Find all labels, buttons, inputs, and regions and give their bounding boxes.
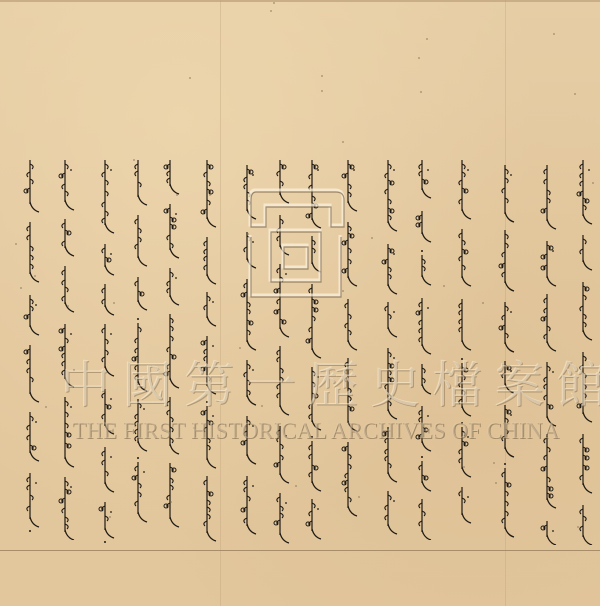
watermark-chinese-text: 中國第一歷史檔案館 bbox=[60, 355, 560, 415]
manchu-text-column bbox=[407, 160, 437, 540]
paper-speck bbox=[34, 275, 36, 277]
paper-speck bbox=[443, 285, 445, 287]
manchu-text-column bbox=[568, 160, 598, 545]
paper-speck bbox=[321, 90, 323, 92]
paper-speck bbox=[170, 501, 172, 503]
manchu-text-column bbox=[155, 160, 185, 545]
paper-speck bbox=[482, 302, 484, 304]
bottom-rule-line bbox=[0, 550, 600, 551]
paper-top-edge bbox=[0, 0, 600, 2]
paper-speck bbox=[553, 33, 555, 35]
paper-speck bbox=[209, 194, 211, 196]
paper-speck bbox=[15, 243, 17, 245]
paper-speck bbox=[109, 516, 111, 518]
manchu-text-column bbox=[90, 160, 120, 545]
paper-speck bbox=[239, 347, 241, 349]
paper-speck bbox=[45, 406, 47, 408]
paper-speck bbox=[460, 490, 462, 492]
paper-speck bbox=[270, 10, 272, 12]
paper-speck bbox=[592, 182, 594, 184]
manchu-text-column bbox=[192, 160, 222, 545]
paper-speck bbox=[463, 466, 465, 468]
manchu-text-column bbox=[447, 160, 477, 540]
paper-speck bbox=[321, 75, 323, 77]
paper-speck bbox=[577, 526, 579, 528]
paper-speck bbox=[426, 38, 428, 40]
paper-speck bbox=[295, 485, 297, 487]
paper-speck bbox=[358, 496, 360, 498]
paper-speck bbox=[113, 302, 115, 304]
manchu-text-column bbox=[123, 160, 153, 540]
manchu-text-column bbox=[50, 160, 80, 540]
manchu-text-column bbox=[15, 160, 45, 545]
paper-speck bbox=[176, 194, 178, 196]
paper-speck bbox=[495, 482, 497, 484]
watermark-english-text: THE FIRST HISTORICAL ARCHIVES OF CHINA bbox=[72, 418, 552, 444]
paper-speck bbox=[273, 2, 275, 4]
archive-seal-watermark-icon bbox=[235, 185, 355, 305]
manchu-text-column bbox=[373, 160, 403, 545]
paper-speck bbox=[574, 93, 576, 95]
paper-speck bbox=[67, 305, 69, 307]
paper-speck bbox=[342, 141, 344, 143]
paper-speck bbox=[133, 159, 135, 161]
paper-speck bbox=[420, 91, 422, 93]
paper-speck bbox=[493, 462, 495, 464]
paper-speck bbox=[189, 77, 191, 79]
paper-speck bbox=[20, 287, 22, 289]
document-page: 中國第一歷史檔案館 THE FIRST HISTORICAL ARCHIVES … bbox=[0, 0, 600, 606]
paper-speck bbox=[418, 57, 420, 59]
paper-speck bbox=[371, 237, 373, 239]
